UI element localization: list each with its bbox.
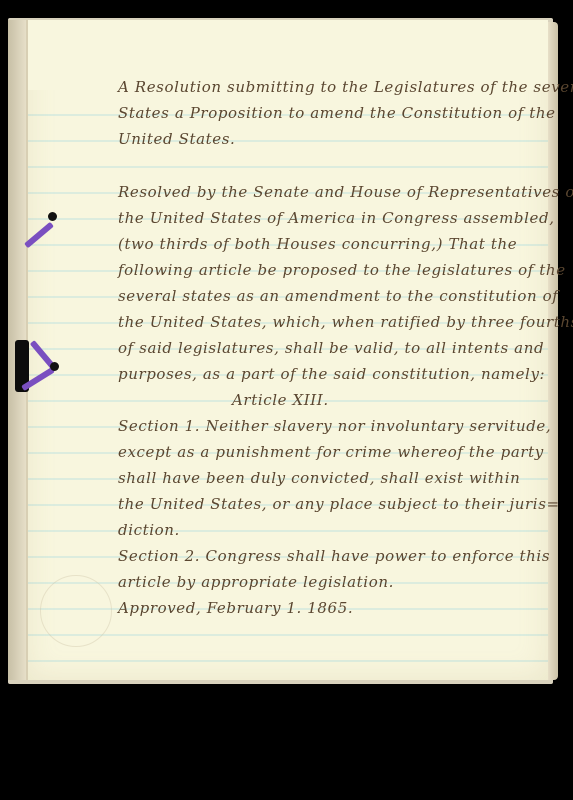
ribbon-knot-bottom [50, 362, 59, 371]
preamble-line-8: purposes, as a part of the said constitu… [118, 365, 545, 383]
section1-line-2: except as a punishment for crime whereof… [118, 443, 544, 461]
preamble-line-3: (two thirds of both Houses concurring,) … [118, 235, 517, 253]
preamble-line-7: of said legislatures, shall be valid, to… [118, 339, 544, 357]
preamble-line-1: Resolved by the Senate and House of Repr… [118, 183, 573, 201]
section2-line-2: article by appropriate legislation. [118, 573, 394, 591]
preamble-line-6: the United States, which, when ratified … [118, 313, 573, 331]
preamble-line-2: the United States of America in Congress… [118, 209, 555, 227]
section1-line-1: Section 1. Neither slavery nor involunta… [118, 417, 551, 435]
section1-line-4: the United States, or any place subject … [118, 495, 560, 513]
section1-line-3: shall have been duly convicted, shall ex… [118, 469, 520, 487]
preamble-line-5: several states as an amendment to the co… [118, 287, 558, 305]
section2-line-1: Section 2. Congress shall have power to … [118, 547, 550, 565]
article-heading: Article XIII. [232, 391, 329, 409]
title-line-3: United States. [118, 130, 235, 148]
title-line-1: A Resolution submitting to the Legislatu… [118, 78, 573, 96]
section1-line-5: diction. [118, 521, 180, 539]
preamble-line-4: following article be proposed to the leg… [118, 261, 566, 279]
ribbon-knot-top [48, 212, 57, 221]
title-line-2: States a Proposition to amend the Consti… [118, 104, 556, 122]
approval-line: Approved, February 1. 1865. [118, 599, 353, 617]
embossed-seal [40, 575, 112, 647]
